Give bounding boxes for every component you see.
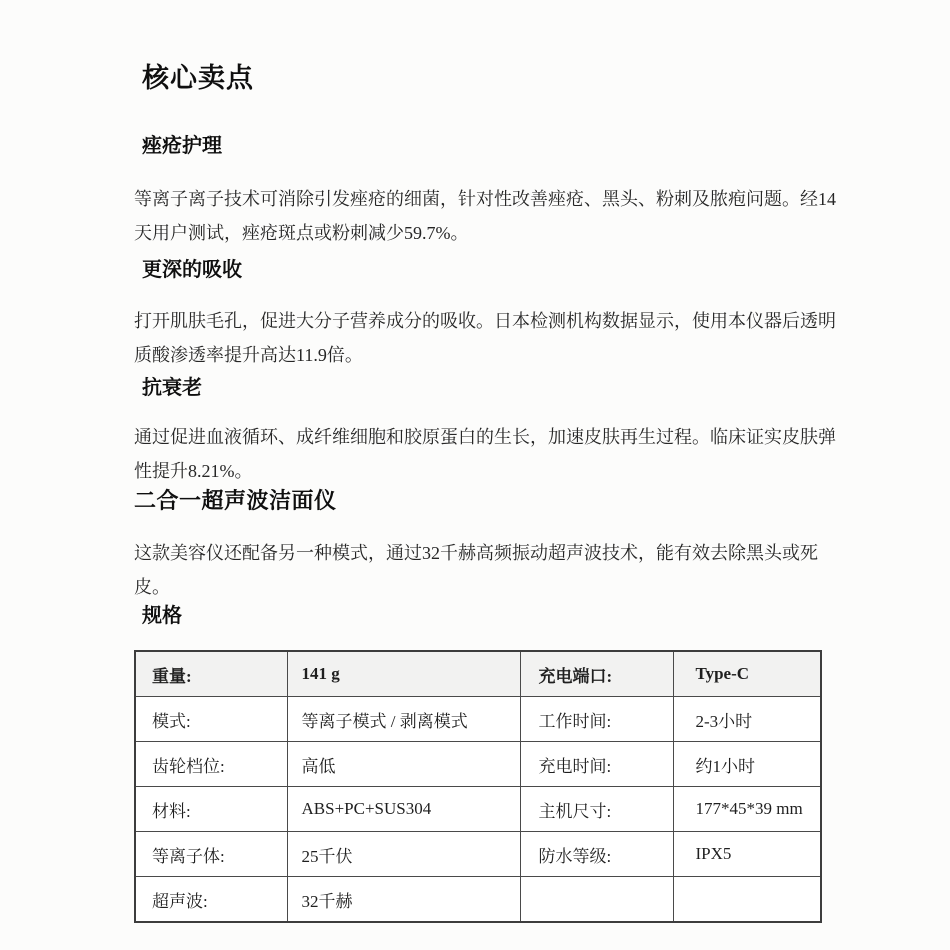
- section-heading-antiaging: 抗衰老: [142, 374, 850, 400]
- spec-label: 材料:: [135, 787, 287, 832]
- spec-row: 材料:ABS+PC+SUS304主机尺寸:177*45*39 mm: [135, 787, 821, 832]
- spec-row: 重量:141 g充电端口:Type-C: [135, 651, 821, 697]
- spec-row: 超声波:32千赫: [135, 877, 821, 923]
- paragraph-line: 性提升8.21%。: [134, 454, 850, 488]
- spec-value: Type-C: [673, 651, 821, 697]
- spec-value: 等离子模式 / 剥离模式: [287, 697, 520, 742]
- spec-value: IPX5: [673, 832, 821, 877]
- spec-value: [673, 877, 821, 923]
- paragraph-absorption: 打开肌肤毛孔，促进大分子营养成分的吸收。日本检测机构数据显示，使用本仪器后透明 …: [134, 304, 850, 372]
- spec-label: 防水等级:: [520, 832, 673, 877]
- spec-label: 模式:: [135, 697, 287, 742]
- spec-value: 约1小时: [673, 742, 821, 787]
- spec-value: 141 g: [287, 651, 520, 697]
- paragraph-line: 天用户测试，痤疮斑点或粉刺减少59.7%。: [134, 216, 850, 250]
- document-body: 核心卖点 痤疮护理 等离子离子技术可消除引发痤疮的细菌，针对性改善痤疮、黑头、粉…: [0, 0, 950, 923]
- page-title: 核心卖点: [142, 62, 850, 96]
- spec-value: 高低: [287, 742, 520, 787]
- paragraph-antiaging: 通过促进血液循环、成纤维细胞和胶原蛋白的生长，加速皮肤再生过程。临床证实皮肤弹 …: [134, 420, 850, 488]
- paragraph-line: 皮。: [134, 570, 850, 604]
- spec-value: ABS+PC+SUS304: [287, 787, 520, 832]
- spec-value: 32千赫: [287, 877, 520, 923]
- spec-table-body: 重量:141 g充电端口:Type-C模式:等离子模式 / 剥离模式工作时间:2…: [135, 651, 821, 922]
- spec-row: 模式:等离子模式 / 剥离模式工作时间:2-3小时: [135, 697, 821, 742]
- paragraph-line: 等离子离子技术可消除引发痤疮的细菌，针对性改善痤疮、黑头、粉刺及脓疱问题。经14: [134, 182, 850, 216]
- spec-label: [520, 877, 673, 923]
- section-heading-ultrasonic: 二合一超声波洁面仪: [134, 488, 850, 516]
- spec-label: 等离子体:: [135, 832, 287, 877]
- spec-value: 2-3小时: [673, 697, 821, 742]
- paragraph-ultrasonic: 这款美容仪还配备另一种模式，通过32千赫高频振动超声波技术，能有效去除黑头或死 …: [134, 536, 850, 604]
- spec-label: 工作时间:: [520, 697, 673, 742]
- spec-row: 齿轮档位:高低充电时间:约1小时: [135, 742, 821, 787]
- spec-label: 充电时间:: [520, 742, 673, 787]
- section-heading-acne: 痤疮护理: [142, 132, 850, 158]
- spec-label: 超声波:: [135, 877, 287, 923]
- spec-value: 177*45*39 mm: [673, 787, 821, 832]
- spec-label: 充电端口:: [520, 651, 673, 697]
- spec-label: 重量:: [135, 651, 287, 697]
- spec-label: 齿轮档位:: [135, 742, 287, 787]
- spec-table: 重量:141 g充电端口:Type-C模式:等离子模式 / 剥离模式工作时间:2…: [134, 650, 822, 923]
- paragraph-line: 通过促进血液循环、成纤维细胞和胶原蛋白的生长，加速皮肤再生过程。临床证实皮肤弹: [134, 420, 850, 454]
- paragraph-line: 质酸渗透率提升高达11.9倍。: [134, 338, 850, 372]
- paragraph-line: 打开肌肤毛孔，促进大分子营养成分的吸收。日本检测机构数据显示，使用本仪器后透明: [134, 304, 850, 338]
- section-heading-specs: 规格: [142, 602, 850, 628]
- spec-value: 25千伏: [287, 832, 520, 877]
- spec-label: 主机尺寸:: [520, 787, 673, 832]
- section-heading-absorption: 更深的吸收: [142, 256, 850, 282]
- spec-row: 等离子体:25千伏防水等级:IPX5: [135, 832, 821, 877]
- paragraph-acne: 等离子离子技术可消除引发痤疮的细菌，针对性改善痤疮、黑头、粉刺及脓疱问题。经14…: [134, 182, 850, 250]
- paragraph-line: 这款美容仪还配备另一种模式，通过32千赫高频振动超声波技术，能有效去除黑头或死: [134, 536, 850, 570]
